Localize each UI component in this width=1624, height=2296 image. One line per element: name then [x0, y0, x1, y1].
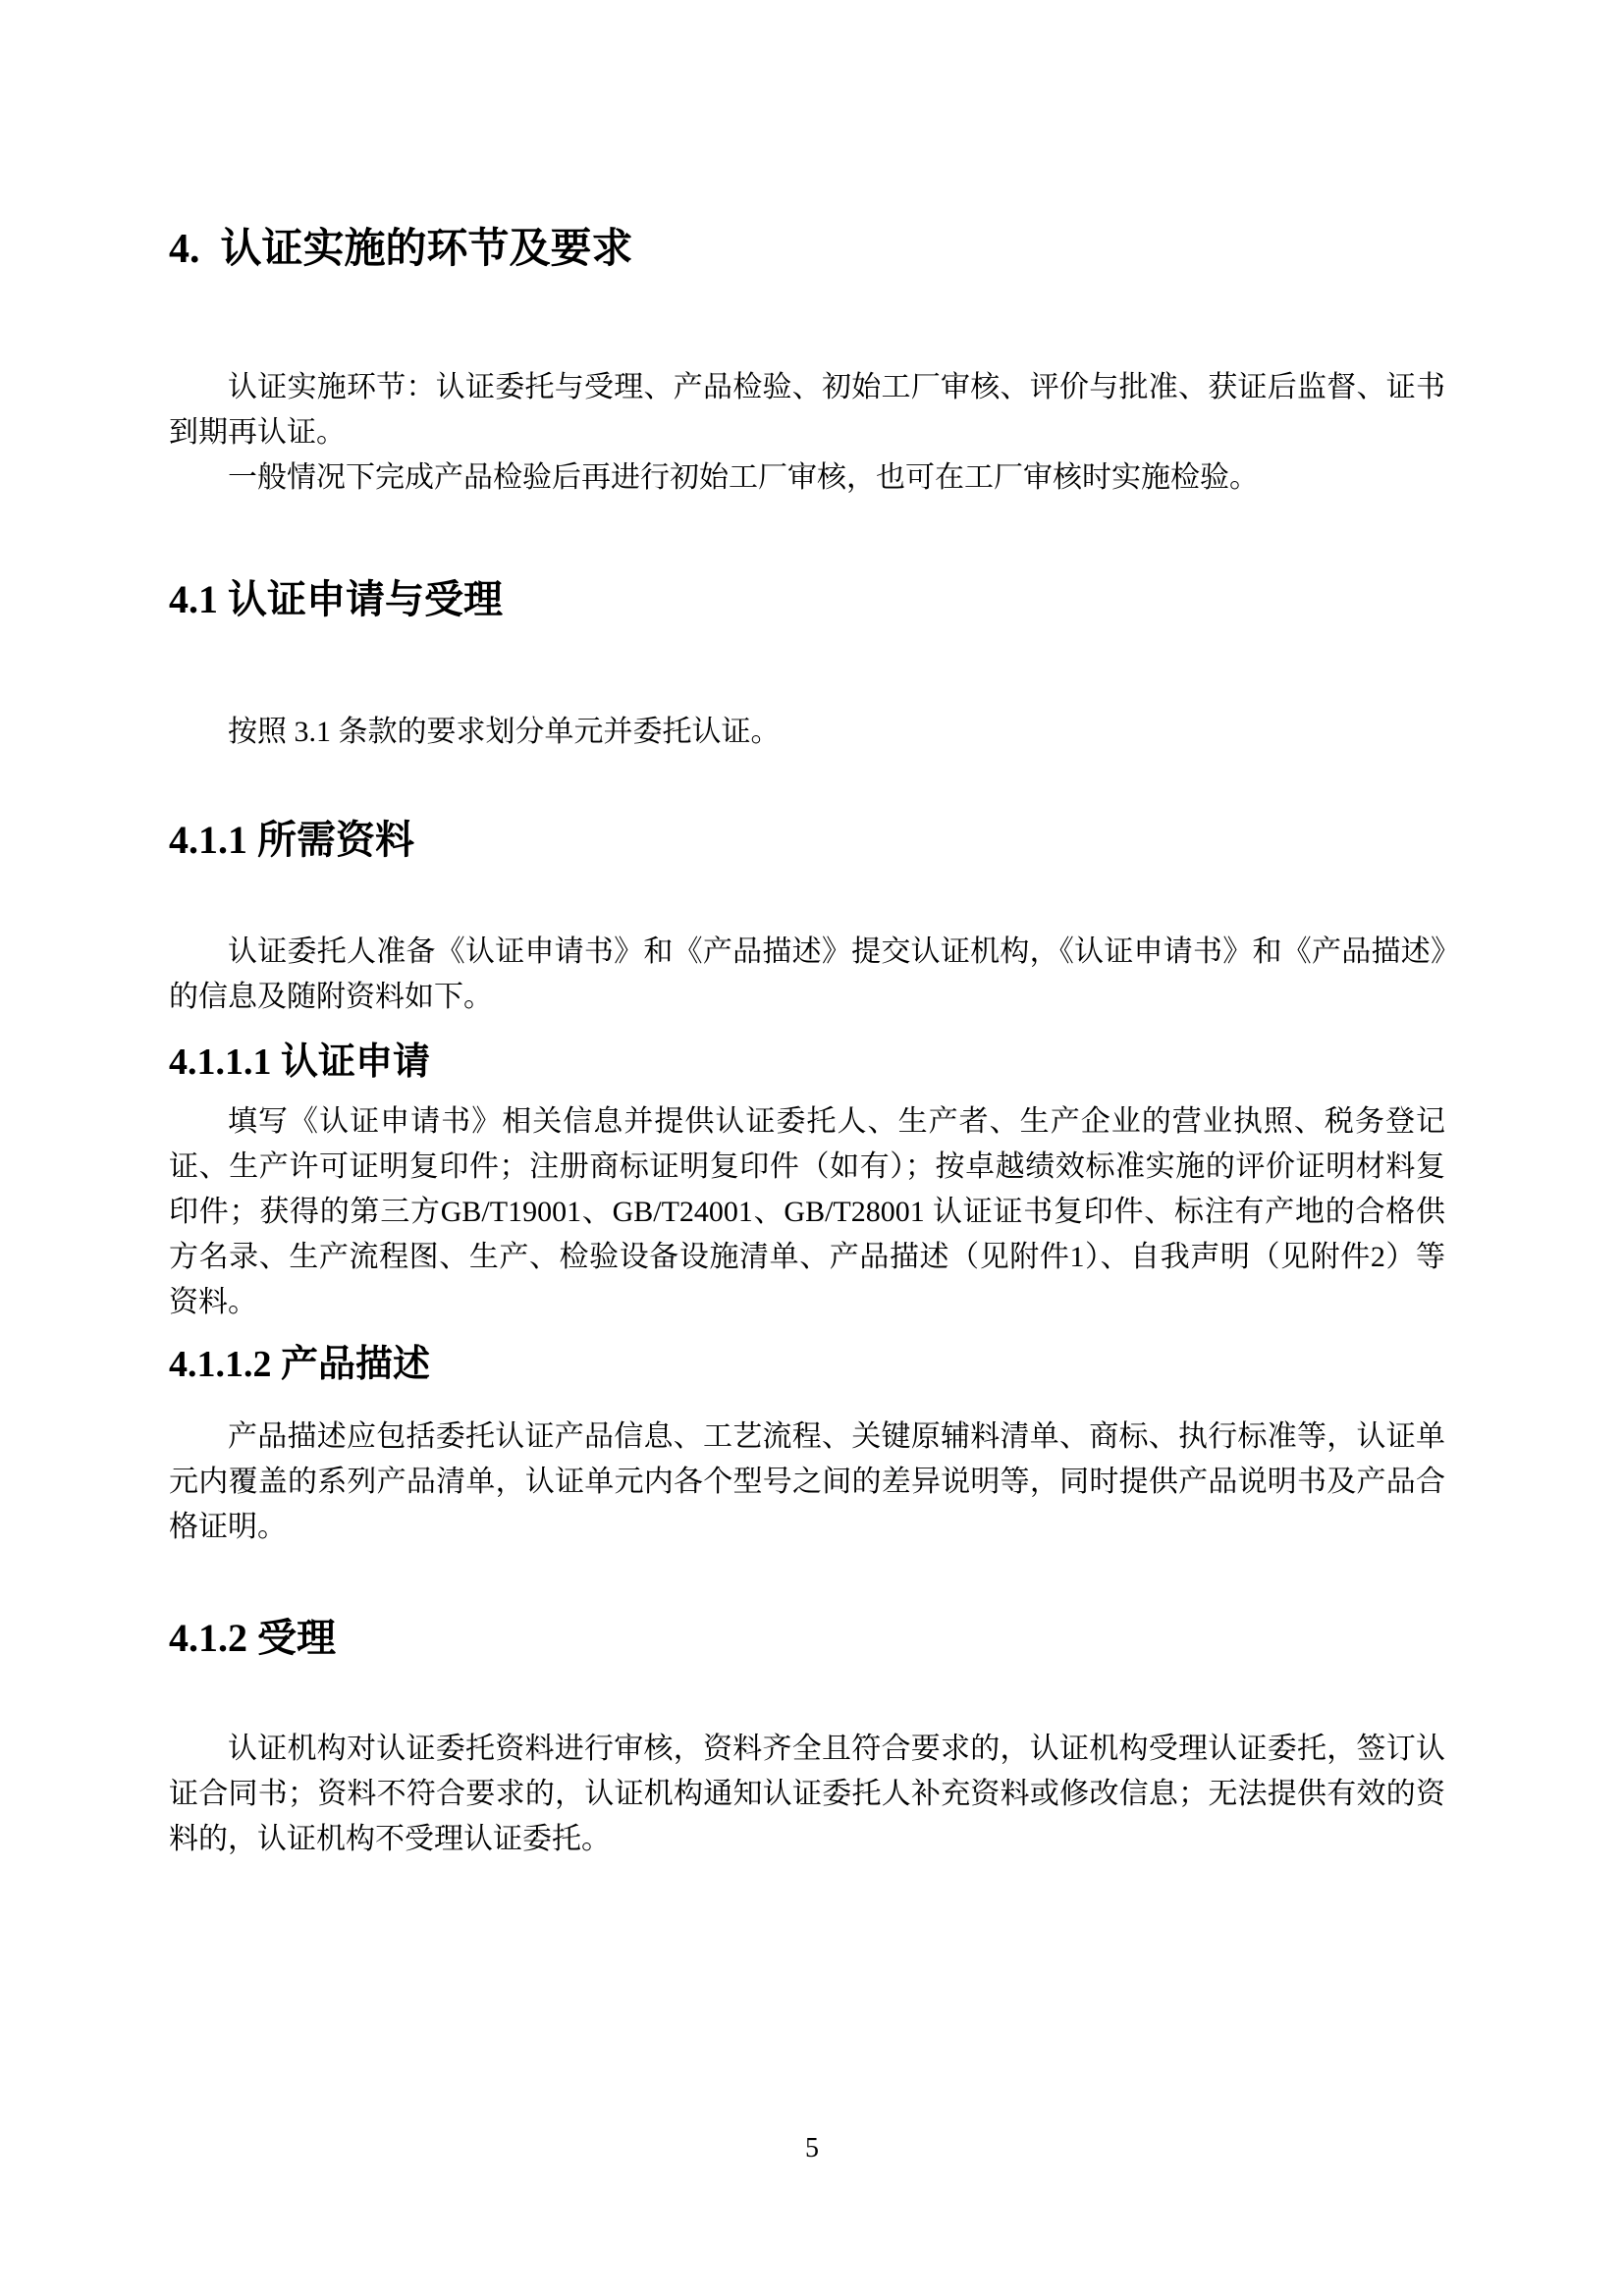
paragraph: 按照 3.1 条款的要求划分单元并委托认证。: [169, 710, 1445, 755]
paragraph: 填写《认证申请书》相关信息并提供认证委托人、生产者、生产企业的营业执照、税务登记…: [169, 1099, 1445, 1325]
section-heading-4-1-1: 4.1.1 所需资料: [169, 815, 1445, 866]
section-heading-4-1-1-2: 4.1.1.2 产品描述: [169, 1340, 1445, 1389]
page-number: 5: [0, 2132, 1624, 2165]
document-page: 4. 认证实施的环节及要求 认证实施环节：认证委托与受理、产品检验、初始工厂审核…: [0, 0, 1624, 2296]
paragraph: 认证实施环节：认证委托与受理、产品检验、初始工厂审核、评价与批准、获证后监督、证…: [169, 365, 1445, 455]
section-heading-4-1: 4.1 认证申请与受理: [169, 574, 1445, 625]
section-heading-4: 4. 认证实施的环节及要求: [169, 224, 1445, 275]
paragraph: 一般情况下完成产品检验后再进行初始工厂审核，也可在工厂审核时实施检验。: [169, 455, 1445, 501]
paragraph: 产品描述应包括委托认证产品信息、工艺流程、关键原辅料清单、商标、执行标准等，认证…: [169, 1415, 1445, 1550]
paragraph: 认证委托人准备《认证申请书》和《产品描述》提交认证机构，《认证申请书》和《产品描…: [169, 930, 1445, 1020]
section-heading-4-1-2: 4.1.2 受理: [169, 1613, 1445, 1664]
paragraph: 认证机构对认证委托资料进行审核，资料齐全且符合要求的，认证机构受理认证委托，签订…: [169, 1727, 1445, 1862]
section-heading-4-1-1-1: 4.1.1.1 认证申请: [169, 1038, 1445, 1087]
